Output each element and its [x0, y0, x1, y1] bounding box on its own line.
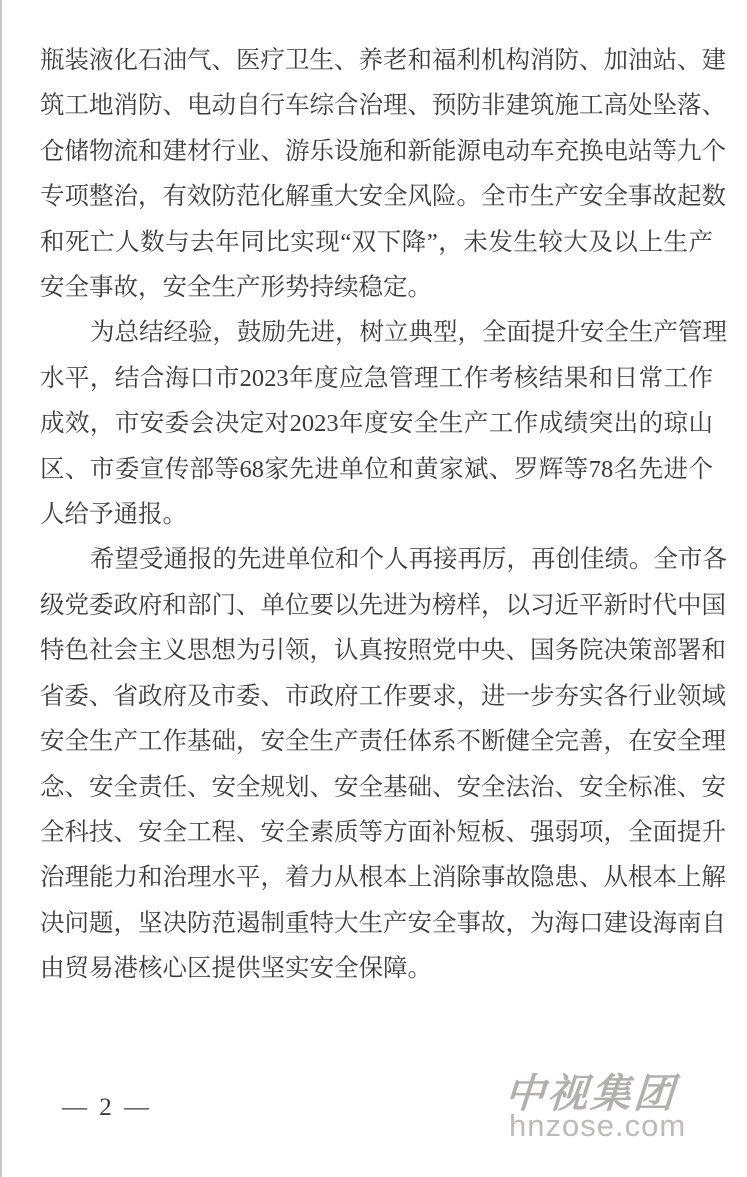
text-line: 念、安全责任、安全规划、安全基础、安全法治、安全标准、安: [40, 765, 713, 810]
text-line: 筑工地消防、电动自行车综合治理、预防非建筑施工高处坠落、: [40, 83, 713, 128]
paragraph: 希望受通报的先进单位和个人再接再厉，再创佳绩。全市各 级党委政府和部门、单位要以…: [40, 537, 713, 991]
text-line: 仓储物流和建材行业、游乐设施和新能源电动车充换电站等九个: [40, 129, 713, 174]
text-line: 瓶装液化石油气、医疗卫生、养老和福利机构消防、加油站、建: [40, 38, 713, 83]
text-line: 人给予通报。: [40, 492, 713, 537]
paragraph: 为总结经验，鼓励先进，树立典型，全面提升安全生产管理 水平，结合海口市2023年…: [40, 310, 713, 537]
scan-edge-shadow: [0, 0, 2, 1177]
text-line: 治理能力和治理水平，着力从根本上消除事故隐患、从根本上解: [40, 855, 713, 900]
watermark-domain-text: hnzose.com: [509, 1108, 686, 1144]
text-line: 安全事故，安全生产形势持续稳定。: [40, 265, 713, 310]
text-line: 省委、省政府及市委、市政府工作要求，进一步夯实各行业领域: [40, 674, 713, 719]
text-line: 希望受通报的先进单位和个人再接再厉，再创佳绩。全市各: [40, 537, 713, 582]
text-line: 决问题，坚决防范遏制重特大生产安全事故，为海口建设海南自: [40, 901, 713, 946]
text-line: 区、市委宣传部等68家先进单位和黄家斌、罗辉等78名先进个: [40, 447, 713, 492]
text-line: 级党委政府和部门、单位要以先进为榜样，以习近平新时代中国: [40, 583, 713, 628]
text-line: 由贸易港核心区提供坚实安全保障。: [40, 946, 713, 991]
page-number: — 2 —: [62, 1094, 152, 1122]
text-line: 特色社会主义思想为引领，认真按照党中央、国务院决策部署和: [40, 628, 713, 673]
text-line: 安全生产工作基础，安全生产责任体系不断健全完善，在安全理: [40, 719, 713, 764]
text-line: 专项整治，有效防范化解重大安全风险。全市生产安全事故起数: [40, 174, 713, 219]
text-line: 全科技、安全工程、安全素质等方面补短板、强弱项，全面提升: [40, 810, 713, 855]
document-body-text: 瓶装液化石油气、医疗卫生、养老和福利机构消防、加油站、建 筑工地消防、电动自行车…: [40, 38, 713, 992]
text-line: 水平，结合海口市2023年度应急管理工作考核结果和日常工作: [40, 356, 713, 401]
paragraph: 瓶装液化石油气、医疗卫生、养老和福利机构消防、加油站、建 筑工地消防、电动自行车…: [40, 38, 713, 310]
text-line: 为总结经验，鼓励先进，树立典型，全面提升安全生产管理: [40, 310, 713, 355]
text-line: 和死亡人数与去年同比实现“双下降”，未发生较大及以上生产: [40, 220, 713, 265]
text-line: 成效，市安委会决定对2023年度安全生产工作成绩突出的琼山: [40, 401, 713, 446]
